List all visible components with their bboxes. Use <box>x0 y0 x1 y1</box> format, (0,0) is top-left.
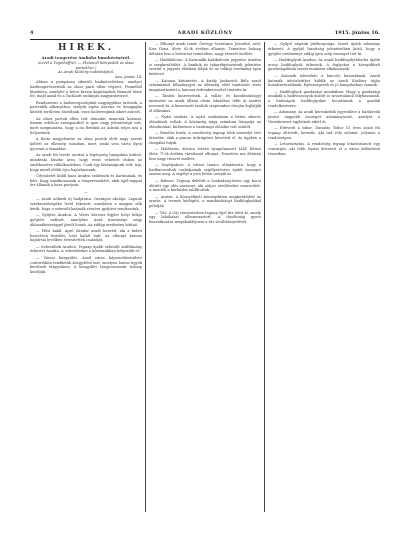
newspaper-page: 4 ARADI KÖZLÖNY 1915. június 16. HIREK. … <box>30 30 380 530</box>
newspaper-title: ARADI KÖZLÖNY <box>30 30 380 36</box>
paragraph: Abban a pompásan sikerült hadműveletben,… <box>30 80 142 99</box>
paragraph: — Segélyakció. A városi tanács elhatároz… <box>149 163 261 177</box>
paragraph: — Gyűjtés Aradon. A Vörös Kereszt Egylet… <box>30 213 142 227</box>
column-1: HIREK. Aradi tengerész Amfiohz hmnhérásé… <box>30 42 142 276</box>
paragraph: Az aradi fiú levele szerint a legénység … <box>30 153 142 172</box>
paragraph: — Hadikölcsön. A harmadik hadikölcsön je… <box>149 58 261 77</box>
paragraph: — Katonai kitüntetés. A király Jankovich… <box>149 79 261 93</box>
paragraph: — Tűz. A Gáj városrészben tegnap éjjel t… <box>149 211 261 225</box>
paragraph: A flotta megjelenése az olasz partok elő… <box>30 137 142 151</box>
paragraph: — Hadifoglyok gazdasági munkában. Hogy a… <box>268 90 380 109</box>
column-3: — Gyűjtő népünk jótékonysága. Ismét újab… <box>268 42 380 158</box>
running-header: 4 ARADI KÖZLÖNY 1915. június 16. <box>30 30 380 38</box>
paragraph: — Sebesültek Aradon. Tegnap újabb sebesü… <box>30 245 142 255</box>
paragraph: — Aratás. A környékbeli községekben megk… <box>149 195 261 209</box>
paragraph: — Rendőri hírek. A rendőrség tegnap több… <box>149 131 261 145</box>
paragraph: — Nyári színház. A nyári színházban a hé… <box>149 115 261 129</box>
column-divider <box>264 42 265 512</box>
paragraph: — Hadifoglyok Aradon. Az aradi hadifogol… <box>268 58 380 72</box>
paragraph: — Baleset. Tegnap délelőtt a Szabadság-t… <box>149 179 261 193</box>
paragraph: — Letartóztatás. A rendőrség tegnap leta… <box>268 142 380 156</box>
paragraph: — Halálozás. Kovács István nyugalmazott … <box>149 147 261 161</box>
paragraph: — Hősi halál. Apró Sándor aradi honvéd, … <box>30 229 142 243</box>
paragraph: — Tanítói kinevezések. A vallás- és közo… <box>149 94 261 113</box>
header-rule <box>30 39 380 40</box>
column-divider <box>145 42 146 512</box>
paragraph: Rendszerint a hadseregszolgálat nagyapjá… <box>30 101 142 115</box>
paragraph: — Városi közgyűlés. Arad város képviselő… <box>30 256 142 275</box>
issue-date: 1915. június 16. <box>335 30 380 36</box>
paragraph: — Eltévedt a bíbor. Daradás Tódor 15 éve… <box>268 126 380 140</box>
paragraph: — Gyűjtő népünk jótékonysága. Ismét újab… <box>268 42 380 56</box>
column-2: — Elhunyt aradi tanár. Özvegy Szentimre … <box>149 42 261 226</box>
paragraph: — Katonák üdvözlete a harcoló katonáknak… <box>268 74 380 88</box>
section-title: HIREK. <box>30 43 142 54</box>
paragraph: Az olasz partok ellen tett támadás nemcs… <box>30 117 142 136</box>
paragraph: — Adomány. Az aradi kereskedők egyesület… <box>268 110 380 124</box>
paragraph: — Elhunyt aradi tanár. Özvegy Szentimre … <box>149 42 261 56</box>
paragraph: Üdvözletét küldi haza Aradra szüleinek é… <box>30 174 142 188</box>
paragraph: — Aradi nőknek új hadjárata. Országos ak… <box>30 197 142 211</box>
article-byline: (Levél a Tegethoffról. — Flotanoll bélep… <box>30 61 142 71</box>
separator: — <box>30 190 142 195</box>
